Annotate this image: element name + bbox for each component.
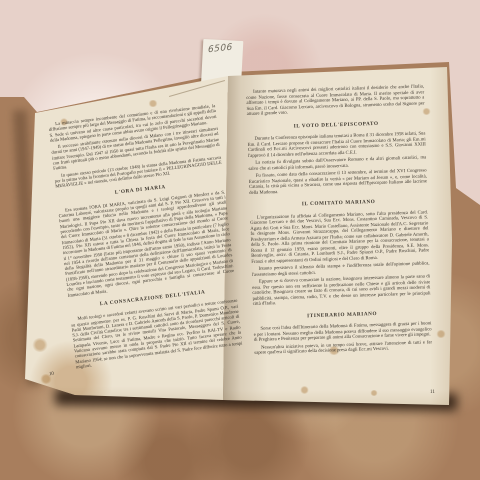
section-heading: ITINERARIO MARIANO — [253, 310, 431, 321]
page-number-right: 11 — [430, 390, 435, 395]
foxing-spot — [32, 338, 48, 352]
page-number-left: 10 — [49, 372, 54, 377]
section-heading: IL COMITATO MARIANO — [250, 198, 428, 209]
foxing-spot — [370, 390, 378, 396]
paragraph: Fu fissato, come data della consacrazion… — [249, 168, 428, 196]
paragraph: Eppure se si doveva consacrare la nazion… — [252, 274, 431, 307]
right-page-text: Intanto maturava negli animi dei miglior… — [246, 84, 432, 358]
foxing-spot — [436, 330, 446, 338]
paragraph: Intanto maturava negli animi dei miglior… — [246, 84, 425, 117]
paragraph: L'organizzazione fu affidata al Collegam… — [250, 210, 429, 265]
section-heading: IL VOTO DELL'EPISCOPATO — [247, 120, 425, 131]
paragraph: Durante la Conferenza episcopale italian… — [247, 131, 426, 159]
foxing-spot — [300, 386, 309, 394]
foxing-spot — [148, 100, 158, 107]
open-book: La minaccia sempre incombente del comuni… — [18, 38, 460, 412]
paragraph: Era suonata l'ORA DI MARIA, vaticinata d… — [58, 189, 235, 297]
book-photo-scene: 6506 La minaccia sempre incombente del c… — [0, 0, 480, 480]
left-page-text: La minaccia sempre incombente del comuni… — [48, 103, 243, 372]
